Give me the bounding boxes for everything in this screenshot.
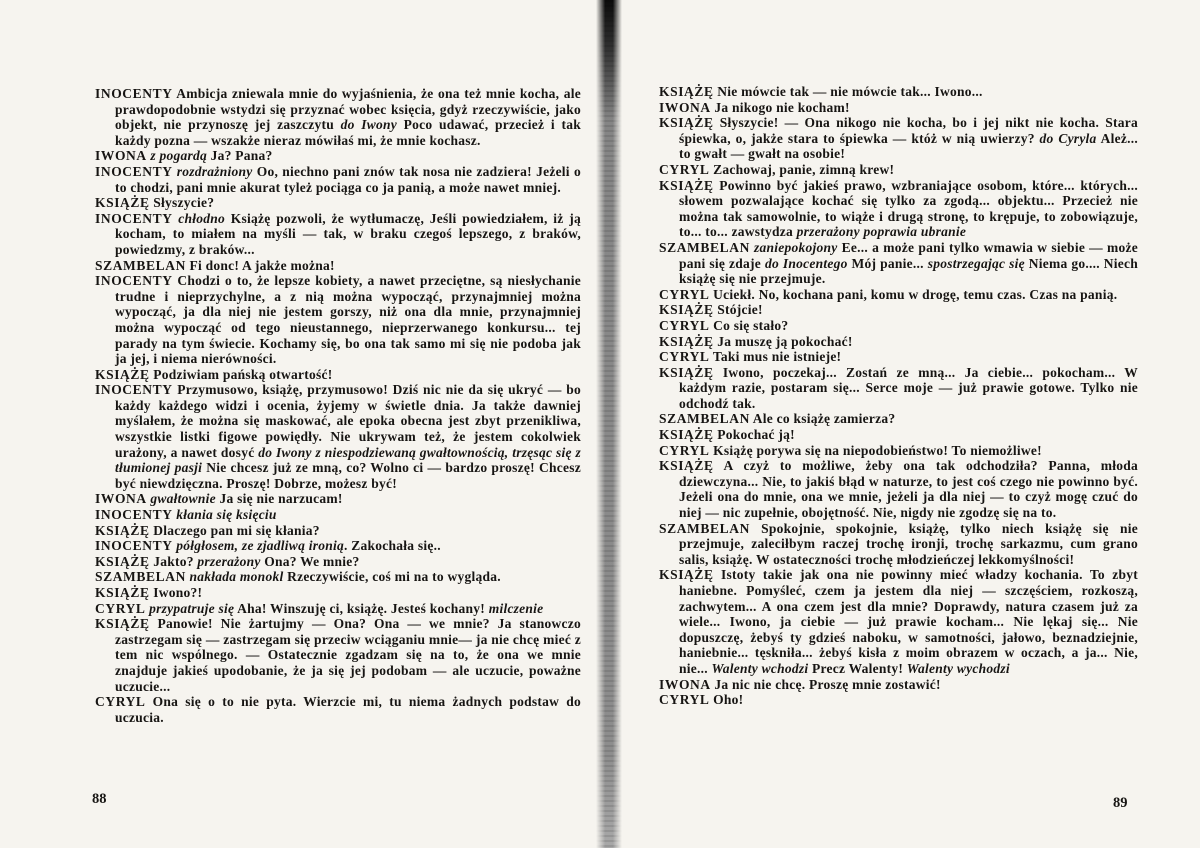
stage-direction: Walenty wychodzi xyxy=(907,661,1010,676)
dialogue-paragraph: CYRYL Ona się o to nie pyta. Wierzcie mi… xyxy=(95,694,581,725)
book-spine-shadow xyxy=(596,0,622,848)
dialogue-paragraph: CYRYL Oho! xyxy=(659,692,1138,708)
speaker-name: INOCENTY xyxy=(95,507,173,522)
speaker-name: CYRYL xyxy=(659,287,710,302)
speaker-name: CYRYL xyxy=(659,349,710,364)
dialogue-text: Aha! Winszuję ci, książę. Jesteś kochany… xyxy=(234,601,488,616)
left-page-number: 88 xyxy=(92,791,107,808)
dialogue-text: Fi donc! A jakże można! xyxy=(186,258,335,273)
dialogue-text: Dlaczego pan mi się kłania? xyxy=(150,523,320,538)
speaker-name: CYRYL xyxy=(659,692,710,707)
speaker-name: KSIĄŻĘ xyxy=(659,458,714,473)
dialogue-text: . Zakochała się.. xyxy=(344,538,441,553)
speaker-name: IWONA xyxy=(95,491,147,506)
stage-direction: kłania się księciu xyxy=(176,507,277,522)
dialogue-paragraph: INOCENTY rozdrażniony Oo, niechno pani z… xyxy=(95,164,581,195)
dialogue-text: Zachowaj, panie, zimną krew! xyxy=(710,162,895,177)
stage-direction: do Iwony xyxy=(341,117,397,132)
dialogue-text: Ale co książę zamierza? xyxy=(750,411,895,426)
dialogue-paragraph: KSIĄŻĘ Ja muszę ją pokochać! xyxy=(659,334,1138,350)
dialogue-paragraph: KSIĄŻĘ Nie mówcie tak — nie mówcie tak..… xyxy=(659,84,1138,100)
dialogue-paragraph: INOCENTY kłania się księciu xyxy=(95,507,581,523)
dialogue-text: A czyż to możliwe, żeby ona tak odchodzi… xyxy=(679,458,1138,520)
speaker-name: SZAMBELAN xyxy=(659,411,750,426)
dialogue-paragraph: INOCENTY Chodzi o to, że lepsze kobiety,… xyxy=(95,273,581,367)
dialogue-text: Ja nic nie chcę. Proszę mnie zostawić! xyxy=(711,677,941,692)
stage-direction: do Inocentego xyxy=(765,256,848,271)
dialogue-text: Ja nikogo nie kocham! xyxy=(711,100,850,115)
dialogue-text: Stójcie! xyxy=(714,302,763,317)
stage-direction: gwałtownie xyxy=(150,491,216,506)
dialogue-paragraph: IWONA z pogardą Ja? Pana? xyxy=(95,148,581,164)
speaker-name: KSIĄŻĘ xyxy=(95,195,150,210)
speaker-name: INOCENTY xyxy=(95,382,173,397)
speaker-name: IWONA xyxy=(95,148,147,163)
dialogue-text: Ona? We mnie? xyxy=(261,554,360,569)
dialogue-text: Rzeczywiście, coś mi na to wygląda. xyxy=(283,569,500,584)
speaker-name: SZAMBELAN xyxy=(95,569,186,584)
speaker-name: KSIĄŻĘ xyxy=(659,178,714,193)
dialogue-paragraph: KSIĄŻĘ Dlaczego pan mi się kłania? xyxy=(95,523,581,539)
speaker-name: IWONA xyxy=(659,100,711,115)
dialogue-text: Nie mówcie tak — nie mówcie tak... Iwono… xyxy=(714,84,983,99)
dialogue-text: Ona się o to nie pyta. Wierzcie mi, tu n… xyxy=(115,694,581,725)
speaker-name: KSIĄŻĘ xyxy=(95,616,150,631)
stage-direction: rozdrażniony xyxy=(177,164,253,179)
dialogue-paragraph: KSIĄŻĘ Panowie! Nie żartujmy — Ona? Ona … xyxy=(95,616,581,694)
speaker-name: KSIĄŻĘ xyxy=(659,567,714,582)
speaker-name: CYRYL xyxy=(659,443,710,458)
dialogue-text: Istoty takie jak ona nie powinny mieć wł… xyxy=(679,567,1138,676)
stage-direction: przerażony xyxy=(197,554,260,569)
right-page-number: 89 xyxy=(1113,795,1128,812)
stage-direction: nakłada monokl xyxy=(190,569,284,584)
dialogue-paragraph: CYRYL Co się stało? xyxy=(659,318,1138,334)
speaker-name: INOCENTY xyxy=(95,86,173,101)
dialogue-text: Taki mus nie istnieje! xyxy=(710,349,842,364)
speaker-name: KSIĄŻĘ xyxy=(95,367,150,382)
stage-direction: z pogardą xyxy=(150,148,207,163)
speaker-name: KSIĄŻĘ xyxy=(95,554,150,569)
dialogue-text: Ja się nie narzucam! xyxy=(216,491,343,506)
dialogue-text: Panowie! Nie żartujmy — Ona? Ona — we mn… xyxy=(115,616,581,693)
dialogue-paragraph: CYRYL przypatruje się Aha! Winszuję ci, … xyxy=(95,601,581,617)
speaker-name: CYRYL xyxy=(95,601,146,616)
speaker-name: KSIĄŻĘ xyxy=(659,84,714,99)
dialogue-text: Podziwiam pańską otwartość! xyxy=(150,367,333,382)
dialogue-text: Ja muszę ją pokochać! xyxy=(714,334,853,349)
stage-direction: chłodno xyxy=(178,211,225,226)
dialogue-paragraph: CYRYL Książę porywa się na niepodobieńst… xyxy=(659,443,1138,459)
speaker-name: INOCENTY xyxy=(95,273,173,288)
dialogue-paragraph: SZAMBELAN nakłada monokl Rzeczywiście, c… xyxy=(95,569,581,585)
book-spread: INOCENTY Ambicja zniewala mnie do wyjaśn… xyxy=(0,0,1200,848)
dialogue-paragraph: KSIĄŻĘ Iwono, poczekaj... Zostań ze mną.… xyxy=(659,365,1138,412)
speaker-name: IWONA xyxy=(659,677,711,692)
speaker-name: INOCENTY xyxy=(95,538,173,553)
speaker-name: KSIĄŻĘ xyxy=(659,427,714,442)
dialogue-paragraph: KSIĄŻĘ Jakto? przerażony Ona? We mnie? xyxy=(95,554,581,570)
dialogue-paragraph: KSIĄŻĘ Iwono?! xyxy=(95,585,581,601)
dialogue-text: Ja? Pana? xyxy=(207,148,273,163)
stage-direction: milczenie xyxy=(489,601,544,616)
speaker-name: KSIĄŻĘ xyxy=(659,365,714,380)
speaker-name: INOCENTY xyxy=(95,164,173,179)
dialogue-paragraph: KSIĄŻĘ Powinno być jakieś prawo, wzbrani… xyxy=(659,178,1138,240)
stage-direction: do Cyryla xyxy=(1040,131,1097,146)
stage-direction: półgłosem, ze zjadliwą ironią xyxy=(176,538,344,553)
dialogue-paragraph: KSIĄŻĘ A czyż to możliwe, żeby ona tak o… xyxy=(659,458,1138,520)
dialogue-paragraph: KSIĄŻĘ Pokochać ją! xyxy=(659,427,1138,443)
dialogue-paragraph: INOCENTY Przymusowo, książę, przymusowo!… xyxy=(95,382,581,491)
speaker-name: CYRYL xyxy=(95,694,146,709)
dialogue-text: Książę porywa się na niepodobieństwo! To… xyxy=(710,443,1042,458)
dialogue-paragraph: SZAMBELAN Ale co książę zamierza? xyxy=(659,411,1138,427)
dialogue-paragraph: INOCENTY chłodno Książę pozwoli, że wytł… xyxy=(95,211,581,258)
stage-direction: zaniepokojony xyxy=(754,240,838,255)
dialogue-text: Iwono, poczekaj... Zostań ze mną... Ja c… xyxy=(679,365,1138,411)
stage-direction: spostrzegając się xyxy=(928,256,1025,271)
stage-direction: przypatruje się xyxy=(149,601,234,616)
dialogue-paragraph: CYRYL Taki mus nie istnieje! xyxy=(659,349,1138,365)
dialogue-paragraph: INOCENTY półgłosem, ze zjadliwą ironią. … xyxy=(95,538,581,554)
speaker-name: INOCENTY xyxy=(95,211,173,226)
dialogue-paragraph: IWONA gwałtownie Ja się nie narzucam! xyxy=(95,491,581,507)
dialogue-paragraph: KSIĄŻĘ Stójcie! xyxy=(659,302,1138,318)
dialogue-paragraph: CYRYL Zachowaj, panie, zimną krew! xyxy=(659,162,1138,178)
dialogue-text: Mój panie... xyxy=(848,256,928,271)
dialogue-text: Jakto? xyxy=(150,554,198,569)
dialogue-paragraph: SZAMBELAN zaniepokojony Ee... a może pan… xyxy=(659,240,1138,287)
dialogue-text: Pokochać ją! xyxy=(714,427,795,442)
dialogue-paragraph: SZAMBELAN Fi donc! A jakże można! xyxy=(95,258,581,274)
dialogue-paragraph: KSIĄŻĘ Podziwiam pańską otwartość! xyxy=(95,367,581,383)
dialogue-paragraph: IWONA Ja nikogo nie kocham! xyxy=(659,100,1138,116)
speaker-name: KSIĄŻĘ xyxy=(659,302,714,317)
speaker-name: KSIĄŻĘ xyxy=(95,523,150,538)
dialogue-paragraph: IWONA Ja nic nie chcę. Proszę mnie zosta… xyxy=(659,677,1138,693)
dialogue-text: Słyszycie? xyxy=(150,195,215,210)
dialogue-paragraph: CYRYL Uciekł. No, kochana pani, komu w d… xyxy=(659,287,1138,303)
dialogue-text: Iwono?! xyxy=(150,585,203,600)
dialogue-text: Co się stało? xyxy=(710,318,789,333)
stage-direction: przerażony poprawia ubranie xyxy=(797,224,967,239)
stage-direction: Walenty wchodzi xyxy=(712,661,809,676)
left-page-text: INOCENTY Ambicja zniewala mnie do wyjaśn… xyxy=(95,86,581,725)
dialogue-text: Uciekł. No, kochana pani, komu w drogę, … xyxy=(710,287,1118,302)
speaker-name: SZAMBELAN xyxy=(95,258,186,273)
dialogue-text: Chodzi o to, że lepsze kobiety, a nawet … xyxy=(115,273,581,366)
speaker-name: CYRYL xyxy=(659,162,710,177)
speaker-name: SZAMBELAN xyxy=(659,521,750,536)
dialogue-paragraph: INOCENTY Ambicja zniewala mnie do wyjaśn… xyxy=(95,86,581,148)
speaker-name: KSIĄŻĘ xyxy=(95,585,150,600)
right-page-text: KSIĄŻĘ Nie mówcie tak — nie mówcie tak..… xyxy=(659,84,1138,708)
speaker-name: KSIĄŻĘ xyxy=(659,115,714,130)
dialogue-paragraph: KSIĄŻĘ Istoty takie jak ona nie powinny … xyxy=(659,567,1138,676)
dialogue-text: Precz Walenty! xyxy=(808,661,906,676)
speaker-name: SZAMBELAN xyxy=(659,240,750,255)
speaker-name: KSIĄŻĘ xyxy=(659,334,714,349)
dialogue-paragraph: SZAMBELAN Spokojnie, spokojnie, książę, … xyxy=(659,521,1138,568)
dialogue-paragraph: KSIĄŻĘ Słyszycie? xyxy=(95,195,581,211)
speaker-name: CYRYL xyxy=(659,318,710,333)
dialogue-paragraph: KSIĄŻĘ Słyszycie! — Ona nikogo nie kocha… xyxy=(659,115,1138,162)
dialogue-text: Oho! xyxy=(710,692,744,707)
